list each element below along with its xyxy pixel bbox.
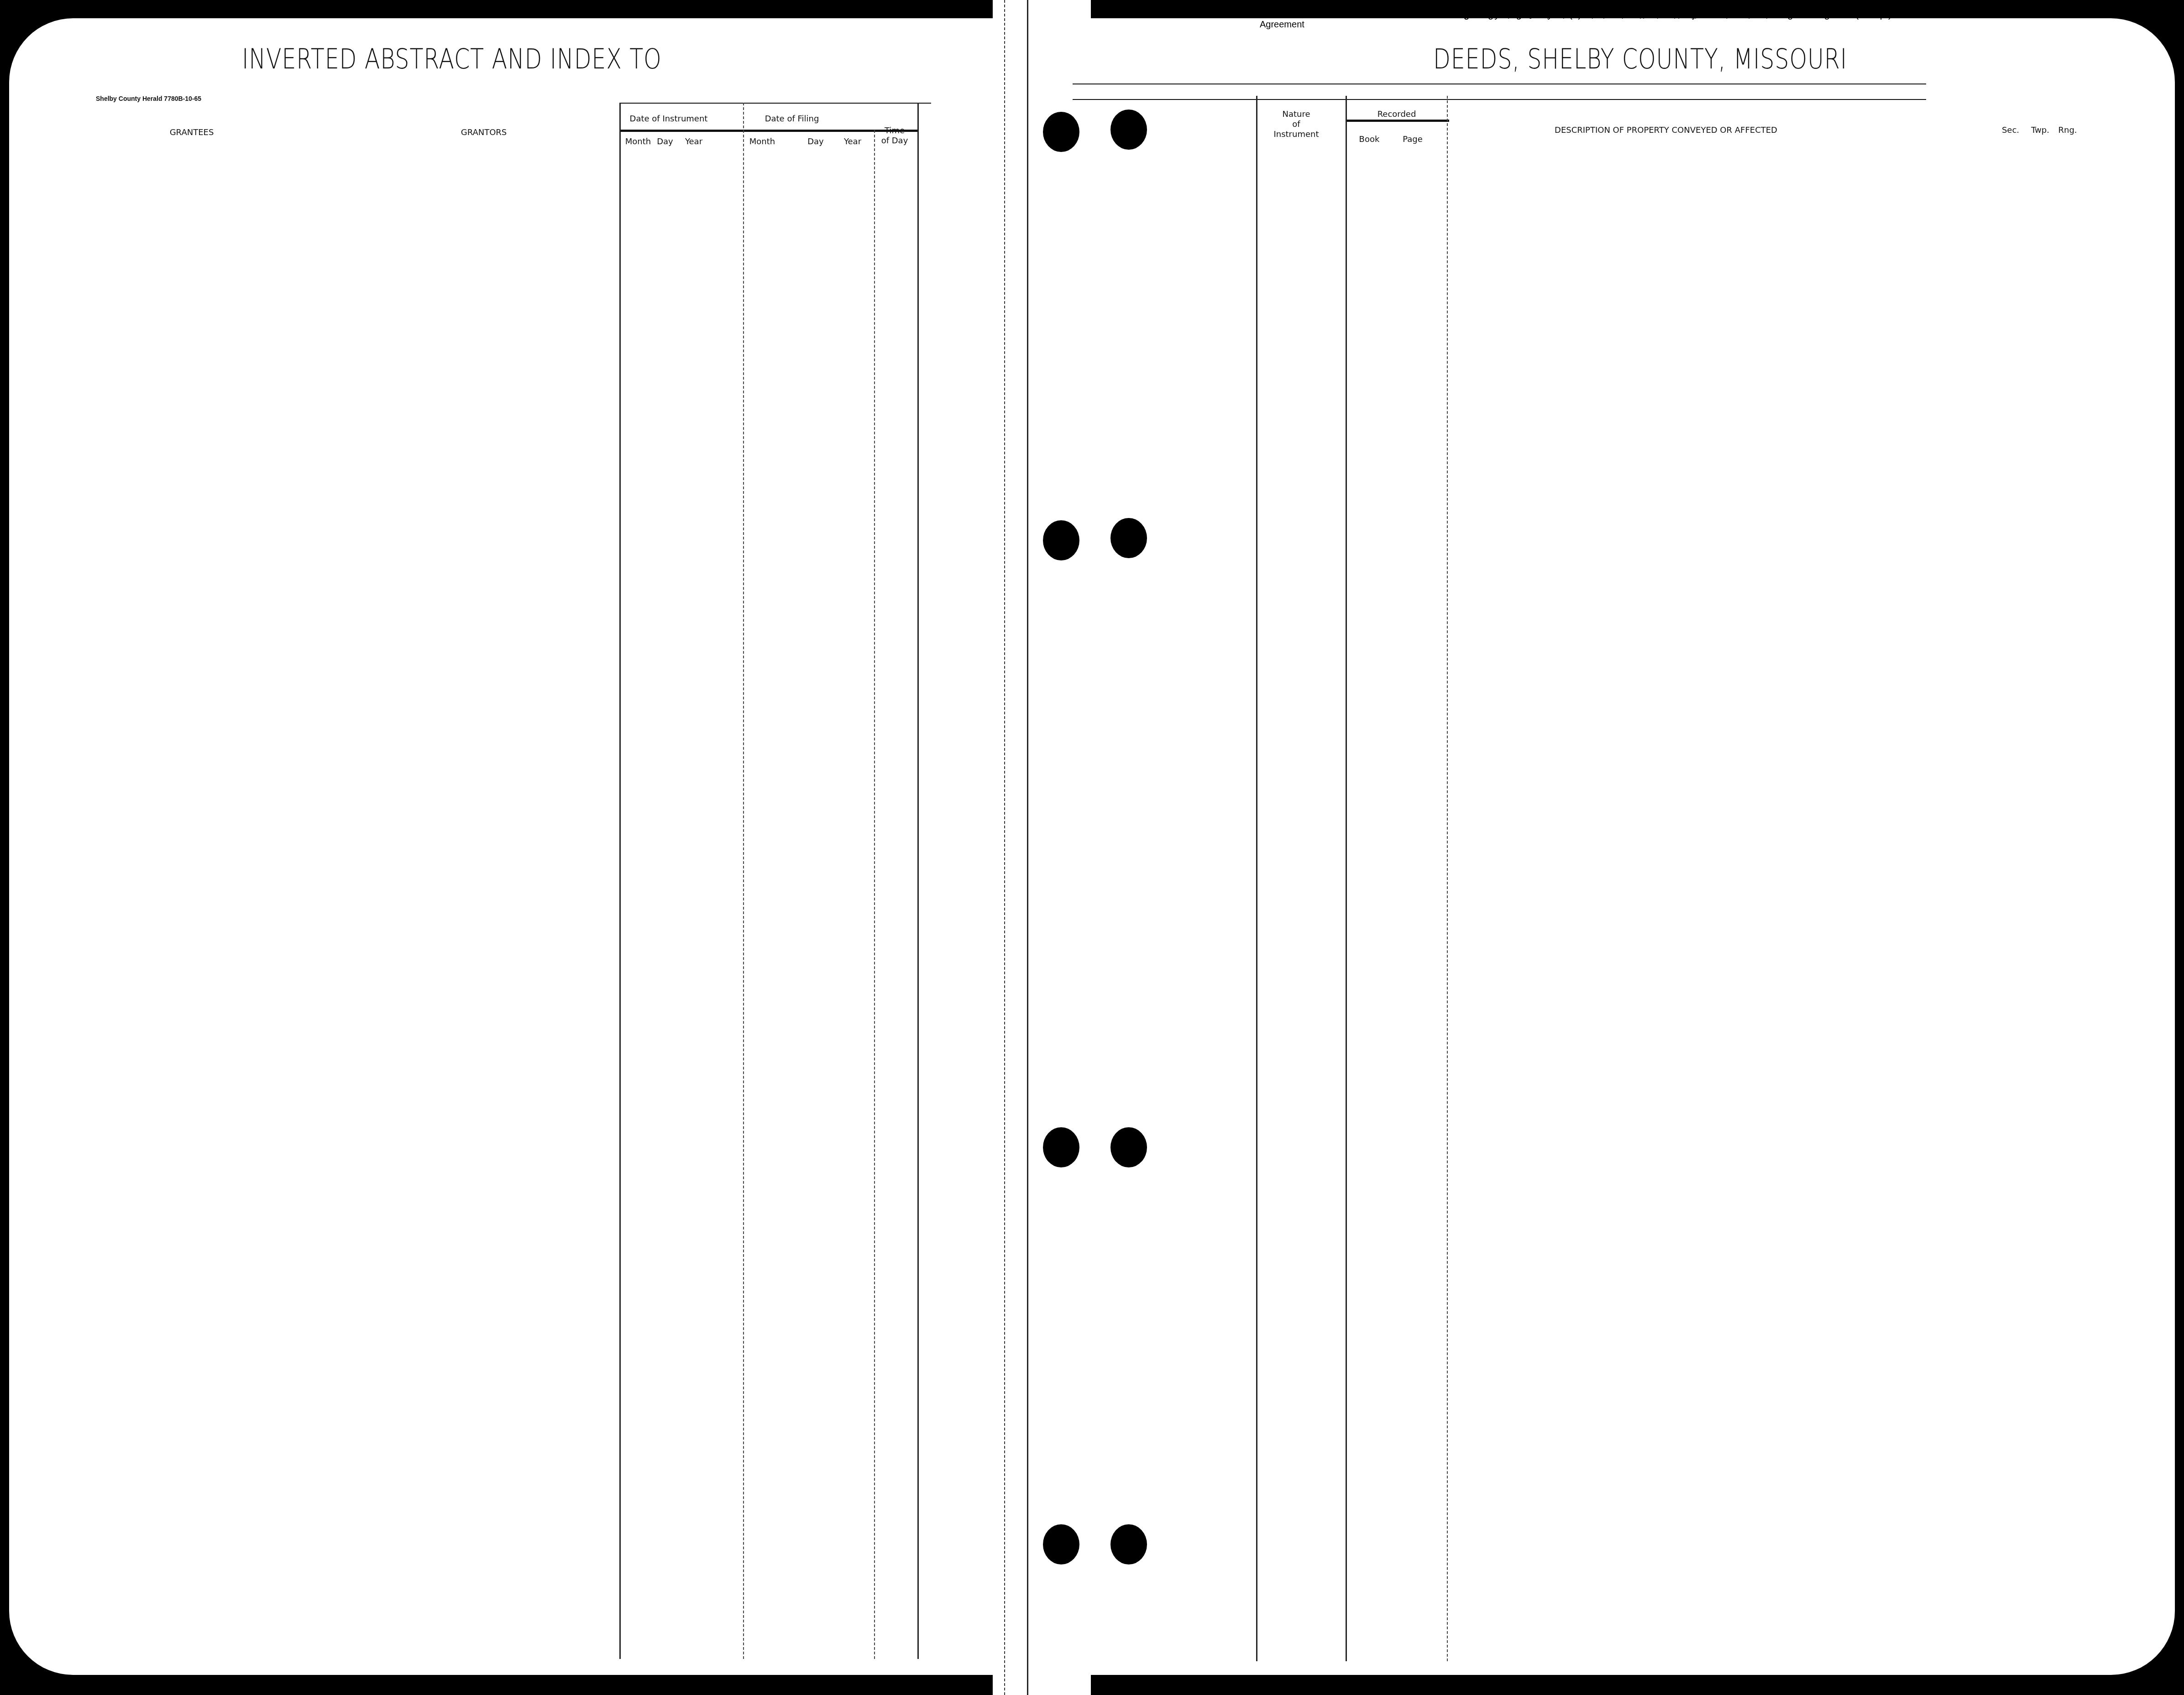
header-date-instrument: Date of Instrument bbox=[625, 114, 712, 124]
ledger-page-left bbox=[9, 18, 1073, 1675]
column-rule bbox=[917, 103, 919, 1659]
filing-month-cell: " bbox=[749, 4, 790, 12]
header-time-label: Time bbox=[885, 126, 905, 136]
header-rule bbox=[1073, 84, 1926, 84]
header-page: Page bbox=[1392, 135, 1433, 145]
ledger-page-right bbox=[1073, 18, 2175, 1675]
column-rule bbox=[1447, 96, 1448, 1661]
header-grantees: GRANTEES bbox=[146, 128, 237, 138]
page-title-left: INVERTED ABSTRACT AND INDEX TO bbox=[242, 43, 662, 75]
header-f-day: Day bbox=[804, 137, 827, 147]
punch-hole bbox=[1110, 1127, 1147, 1167]
page-title-right: DEEDS, SHELBY COUNTY, MISSOURI bbox=[1433, 43, 1847, 75]
punch-hole bbox=[1110, 518, 1147, 558]
header-grantors: GRANTORS bbox=[438, 128, 529, 138]
filing-year-cell: " bbox=[840, 4, 872, 12]
binding-edge bbox=[1004, 0, 1005, 1695]
header-f-year: Year bbox=[839, 137, 866, 147]
column-rule bbox=[1346, 96, 1347, 1661]
punch-hole bbox=[1110, 110, 1147, 150]
column-rule bbox=[743, 103, 744, 1659]
column-rule bbox=[619, 103, 621, 1659]
header-rule-thick bbox=[621, 130, 917, 132]
of-label: of bbox=[1292, 120, 1300, 129]
header-rng: Rng. bbox=[2054, 126, 2081, 136]
book-cell: 141 bbox=[1351, 4, 1385, 12]
twp-cell: – bbox=[2029, 4, 2056, 12]
instrument-year-cell: 1966 bbox=[687, 4, 739, 12]
header-twp: Twp. bbox=[2027, 126, 2054, 136]
punch-hole bbox=[1110, 1524, 1147, 1564]
header-i-day: Day bbox=[654, 137, 676, 147]
header-description: DESCRIPTION OF PROPERTY CONVEYED OR AFFE… bbox=[1506, 126, 1826, 136]
punch-hole bbox=[1043, 112, 1079, 152]
column-rule bbox=[1256, 96, 1257, 1661]
sec-cell: – bbox=[1997, 4, 2029, 12]
header-book: Book bbox=[1351, 135, 1388, 145]
rng-cell: – bbox=[2058, 4, 2086, 12]
header-i-month: Month bbox=[624, 137, 652, 147]
binding-strip bbox=[993, 0, 1091, 1695]
header-recorded: Recorded bbox=[1351, 110, 1442, 120]
punch-hole bbox=[1043, 1127, 1079, 1167]
header-of-day-label: of Day bbox=[881, 136, 908, 146]
instrument-month-cell: Apr bbox=[625, 4, 657, 12]
header-rule bbox=[1073, 99, 1926, 100]
punch-hole bbox=[1043, 520, 1079, 560]
header-date-filing: Date of Filing bbox=[749, 114, 835, 124]
header-i-year: Year bbox=[680, 137, 707, 147]
column-rule bbox=[874, 130, 875, 1659]
page-cell: 51 bbox=[1390, 4, 1445, 12]
punch-hole bbox=[1043, 1524, 1079, 1564]
grantee-cell: Clarence, City of bbox=[66, 4, 335, 12]
nature-label: Nature bbox=[1282, 110, 1310, 119]
nature-cell: Dedication Deed bbox=[1260, 2, 1344, 11]
binding-edge bbox=[1027, 0, 1028, 1695]
header-rule bbox=[621, 103, 931, 104]
printer-mark: Shelby County Herald 7780B-10-65 bbox=[96, 95, 201, 102]
grantor-cell: Pat S. & Lila M. Weatherford bbox=[345, 4, 618, 12]
filing-day-cell: 21 bbox=[806, 4, 831, 12]
time-of-day-cell: " bbox=[879, 4, 917, 12]
instrument-day-cell: 30 bbox=[660, 4, 685, 12]
header-rule-thick bbox=[1346, 120, 1449, 122]
header-sec: Sec. bbox=[1997, 126, 2024, 136]
instrument-label: Instrument bbox=[1273, 130, 1319, 139]
header-f-month: Month bbox=[749, 137, 776, 147]
header-time-of-day: Timeof Day bbox=[879, 126, 911, 146]
description-cell: " " Weatherford's Sub-Division - Clarenc… bbox=[1451, 4, 1990, 12]
header-nature: NatureofInstrument bbox=[1257, 110, 1335, 140]
